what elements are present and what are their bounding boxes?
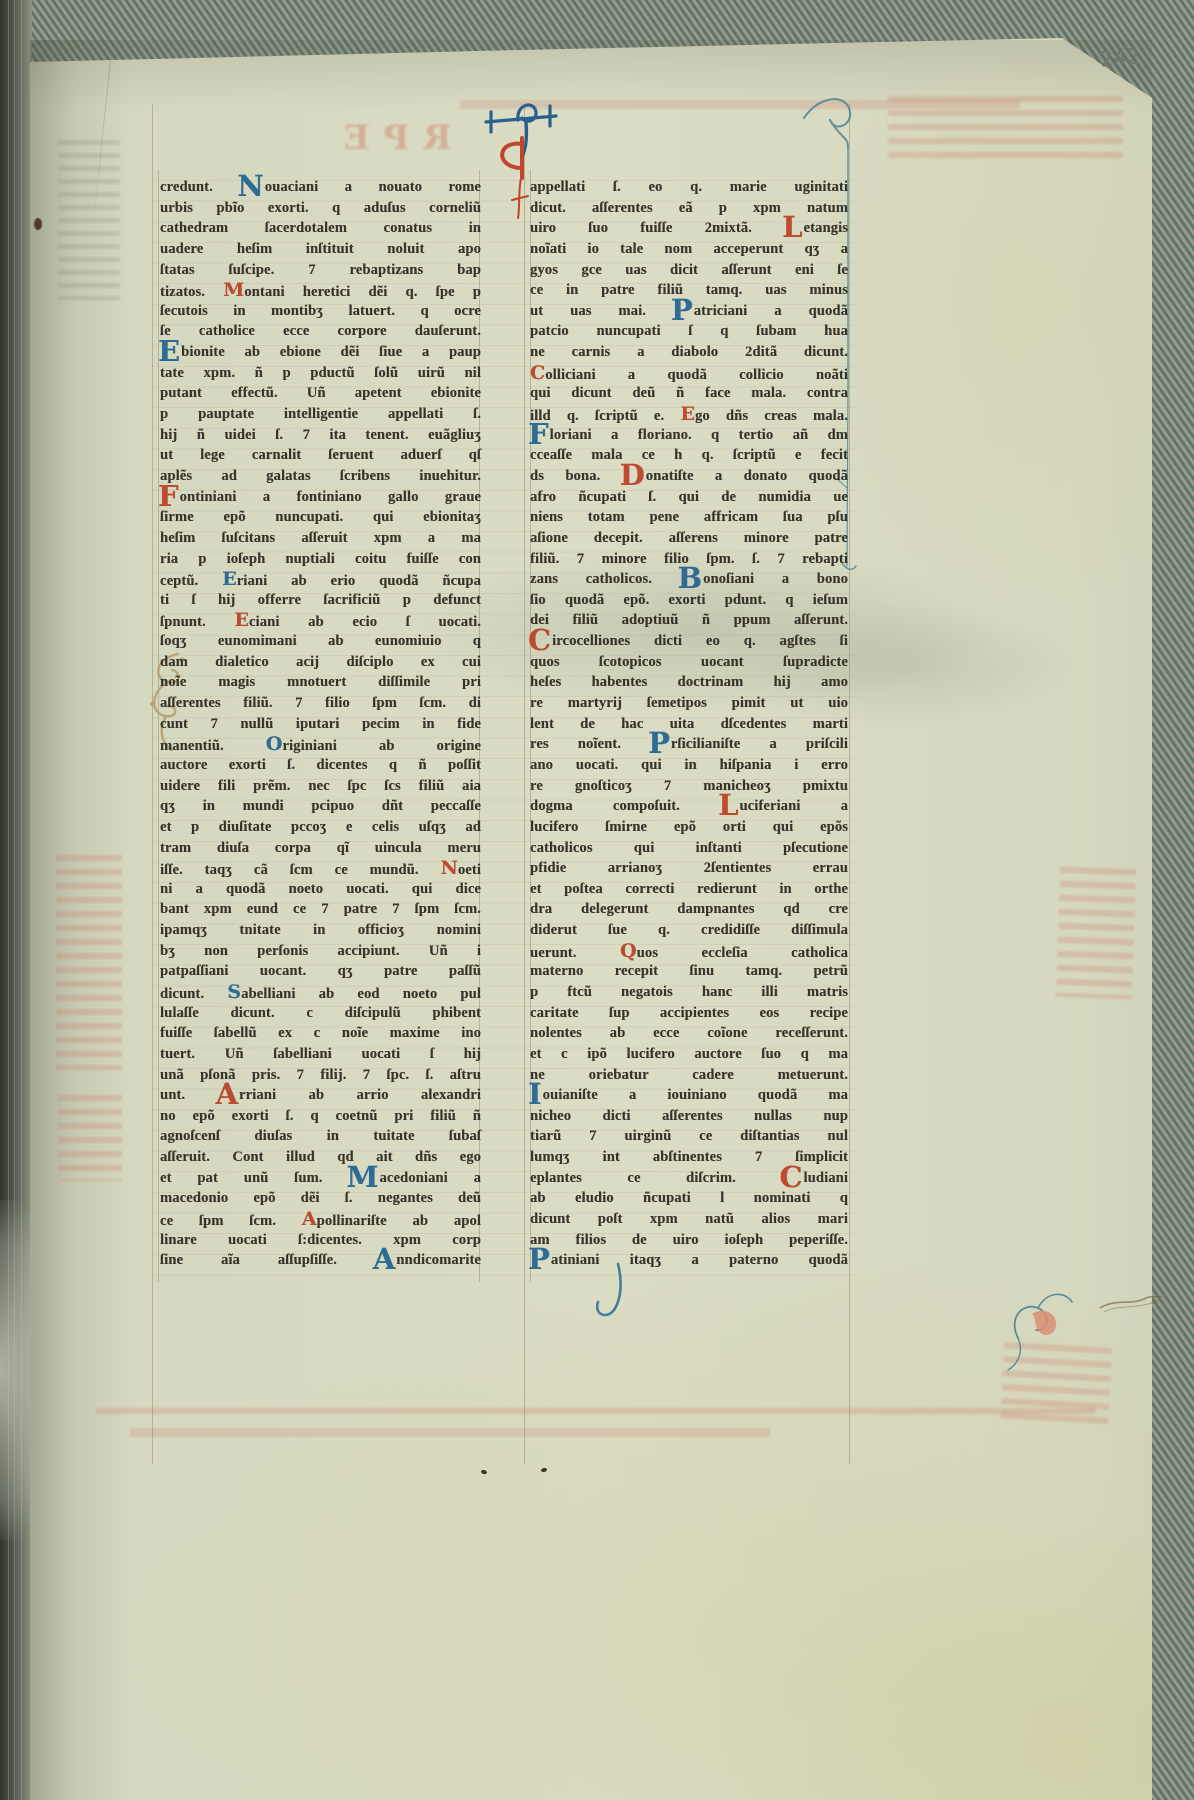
text-line: diderut ſue q. credidiſſe diſſimula xyxy=(530,920,848,941)
text-line: ne oriebatur cadere metuerunt. xyxy=(530,1065,848,1086)
ink-spot xyxy=(34,218,42,230)
text-line: macedonio epõ dẽi ſ. negantes deũ xyxy=(160,1188,481,1209)
text-line: Iouianiſte a iouiniano quodã ma xyxy=(530,1085,848,1106)
illuminated-initial: P xyxy=(528,1242,550,1276)
text-line: pfidie arrianoʒ 2ſentientes errau xyxy=(530,858,848,879)
illuminated-initial: Q xyxy=(620,940,637,962)
text-line: afro ñcupati ſ. qui de numidia ue xyxy=(530,487,848,508)
text-line: ſe catholice ecce corpore dauſerunt. xyxy=(160,321,481,342)
text-line: heſim ſuſcitans aſſeruit xpm a ma xyxy=(160,528,481,549)
showthrough-right-margin xyxy=(1056,867,1136,1000)
text-line: aplẽs ad galatas ſcribens inuehitur. xyxy=(160,466,481,487)
showthrough-top-right xyxy=(888,96,1123,160)
scratch-icon xyxy=(1098,1292,1164,1314)
text-line: dogma compoſuit. Luciferiani a xyxy=(530,796,848,817)
showthrough-left-bottom xyxy=(58,1095,122,1181)
text-line: tiarũ 7 uirginũ ce diſtantias nul xyxy=(530,1126,848,1147)
showthrough-left-top xyxy=(58,140,120,300)
text-line: gyos gce uas dicit aſſerunt eni ſe xyxy=(530,260,848,281)
text-line: cceaſſe mala ce h q. ſcriptũ e fecit xyxy=(530,445,848,466)
illuminated-initial: E xyxy=(222,568,237,590)
text-line: Ebionite ab ebione dẽi ſiue a paup xyxy=(160,342,481,363)
text-line: ni a quodã noeto uocati. qui dice xyxy=(160,879,481,900)
bottom-right-ornament xyxy=(988,1268,1098,1383)
text-line: ceptũ. Eriani ab erio quodã ñcupa xyxy=(160,569,481,590)
text-line: tram diuſa corpa qĩ uincula meru xyxy=(160,838,481,859)
text-line: dicunt. Sabelliani ab eod noeto pul xyxy=(160,982,481,1003)
illuminated-initial: O xyxy=(266,733,283,755)
text-line: cunt 7 nullũ iputari pecim in fide xyxy=(160,714,481,735)
text-line: et p diuſitate pccoʒ e celis uſqʒ ad xyxy=(160,817,481,838)
text-line: auctore exorti ſ. dicentes q ñ poſſit xyxy=(160,755,481,776)
pen-scratch xyxy=(1098,1292,1164,1314)
text-line: nolentes ab ecce coĩone receſſerunt. xyxy=(530,1023,848,1044)
text-line: ſio quodã epõ. exorti pdunt. q ieſum xyxy=(530,590,848,611)
text-line: patpaſſiani uocant. qʒ patre paſſũ xyxy=(160,961,481,982)
text-line: fuiſſe ſabellũ ex c noĩe maxime ino xyxy=(160,1023,481,1044)
text-line: ſirme epõ nuncupati. qui ebionitaʒ xyxy=(160,507,481,528)
text-line: unt. Arriani ab arrio alexandri xyxy=(160,1085,481,1106)
text-line: unã pſonã pris. 7 filij. 7 ſpc. ſ. aſtru xyxy=(160,1065,481,1086)
text-line: niens totam pene affricam ſua pſu xyxy=(530,507,848,528)
column-left: credunt. Nouaciani a nouato romeurbis pb… xyxy=(160,177,481,1271)
text-line: aſſeruit. Cont illud qd ait dñs ego xyxy=(160,1147,481,1168)
text-line: ut lege carnalit ſeruent aduerſ qſ xyxy=(160,445,481,466)
text-line: uadere heſim inſtituit noluit apo xyxy=(160,239,481,260)
text-line: materno recepit ſinu tamq. petrũ xyxy=(530,961,848,982)
text-line: qui dicunt deũ ñ face mala. contra xyxy=(530,383,848,404)
text-line: illd q. ſcriptũ e. Ego dñs creas mala. xyxy=(530,404,848,425)
text-line: uiro ſuo fuiſſe 2mixtã. Letangis xyxy=(530,218,848,239)
text-line: lucifero ſmirne epõ orti qui epõs xyxy=(530,817,848,838)
text-line: appellati ſ. eo q. marie uginitati xyxy=(530,177,848,198)
text-line: tizatos. Montani heretici dẽi q. ſpe p xyxy=(160,280,481,301)
folio-number: 242 xyxy=(1099,44,1141,71)
text-line: putant effectũ. Uñ apetent ebionite xyxy=(160,383,481,404)
text-line: ut uas mai. Patriciani a quodã xyxy=(530,301,848,322)
illuminated-initial: S xyxy=(227,981,241,1003)
text-line: uidere fili prẽm. nec ſpc ſcs filiũ aia xyxy=(160,776,481,797)
illuminated-initial: A xyxy=(373,1242,396,1276)
text-line: credunt. Nouaciani a nouato rome xyxy=(160,177,481,198)
text-line: tuert. Uñ ſabelliani uocati ſ hij xyxy=(160,1044,481,1065)
text-line: ano uocati. qui in hiſpania i erro xyxy=(530,755,848,776)
text-line: Floriani a floriano. q tertio añ dm xyxy=(530,425,848,446)
text-line: patcio nuncupati ſ q ſubam hua xyxy=(530,321,848,342)
text-line: ſine aĩa aſſupſiſſe. Anndicomarite xyxy=(160,1250,481,1271)
text-line: lulaſſe dicunt. c diſcipulũ phibent xyxy=(160,1003,481,1024)
vertical-ruling xyxy=(152,104,153,1464)
text-line: ſpnunt. Eciani ab ecio ſ uocati. xyxy=(160,610,481,631)
text-line: linare uocati ſ:dicentes. xpm corp xyxy=(160,1230,481,1251)
text-line: bʒ non perſonis accipiunt. Uñ i xyxy=(160,941,481,962)
column-right: appellati ſ. eo q. marie uginitatidicut.… xyxy=(530,177,848,1271)
text-line: re gnoſticoʒ 7 manicheoʒ pmixtu xyxy=(530,776,848,797)
initial-descender-flourish xyxy=(588,1262,638,1327)
text-line: dei filiũ adoptiuũ ñ ppum aſſerunt. xyxy=(530,610,848,631)
text-line: dra delegerunt dampnantes qd cre xyxy=(530,899,848,920)
text-line: am filios de uiro ioſeph peperiſſe. xyxy=(530,1230,848,1251)
photograph-of-manuscript: { "manuscript": { "folio_number": "242",… xyxy=(0,0,1194,1800)
text-line: ti ſ hij offerre ſacrificiũ p defunct xyxy=(160,590,481,611)
text-line: aſione decepit. aſſerens minore patre xyxy=(530,528,848,549)
text-line: ds bona. Donatiſte a donato quodã xyxy=(530,466,848,487)
text-line: qʒ in mundi pcipuo dñt peccaſſe xyxy=(160,796,481,817)
text-line: ria p ioſeph nuptiali coitu fuiſſe con xyxy=(160,549,481,570)
text-line: nicheo dicti aſſerentes nullas nup xyxy=(530,1106,848,1127)
text-line: cathedram ſacerdotalem conatus in xyxy=(160,218,481,239)
text-line: heſes habentes doctrinam hij amo xyxy=(530,672,848,693)
text-line: dicunt poſt xpm natũ alios mari xyxy=(530,1209,848,1230)
text-line: caritate ſup accipientes eos recipe xyxy=(530,1003,848,1024)
text-line: quos ſcotopicos uocant ſupradicte xyxy=(530,652,848,673)
illuminated-initial: A xyxy=(302,1208,317,1230)
illuminated-initial: N xyxy=(440,857,457,879)
text-line: tate xpm. ñ p pductũ ſolũ uirũ nil xyxy=(160,363,481,384)
text-line: urbis pbĩo exorti. q aduſus corneliũ xyxy=(160,198,481,219)
text-line: p pauptate intelligentie appellati ſ. xyxy=(160,404,481,425)
illuminated-initial: E xyxy=(234,609,249,631)
text-line: uerunt. Quos eccleſia catholica xyxy=(530,941,848,962)
text-line: ne carnis a diabolo 2ditã dicunt. xyxy=(530,342,848,363)
text-line: ipamqʒ tnitate in officioʒ nomini xyxy=(160,920,481,941)
flourish-icon xyxy=(588,1262,638,1322)
illuminated-initial: E xyxy=(680,403,695,425)
text-line: ſecutois in montibʒ latuert. q ocre xyxy=(160,301,481,322)
text-line: Patiniani itaqʒ a paterno quodã xyxy=(530,1250,848,1271)
text-line: ab eludio ñcupati l nominati q xyxy=(530,1188,848,1209)
text-line: res noĩent. Prſicilianiſte a priſcili xyxy=(530,734,848,755)
text-line: ſtatas ſuſcipe. 7 rebaptizans bap xyxy=(160,260,481,281)
text-line: catholicos qui inſtanti pſecutione xyxy=(530,838,848,859)
showthrough-running-title: RPE xyxy=(330,118,452,158)
text-line: lent de hac uita dſcedentes marti xyxy=(530,714,848,735)
text-line: re martyrij ſemetipos pimit ut uio xyxy=(530,693,848,714)
showthrough-left-middle xyxy=(56,855,122,1070)
text-line: bant xpm eund ce 7 patre 7 ſpm ſcm. xyxy=(160,899,481,920)
text-line: Colliciani a quodã collicio noãti xyxy=(530,363,848,384)
text-line: eplantes ce diſcrim. Cludiani xyxy=(530,1168,848,1189)
text-line: no epõ exorti ſ. q coetnũ pri filiũ ñ xyxy=(160,1106,481,1127)
text-line: noĩe magis mnotuert diſſimile pri xyxy=(160,672,481,693)
text-line: ce ſpm ſcm. Apollinariſte ab apol xyxy=(160,1209,481,1230)
ornament-icon xyxy=(988,1268,1098,1378)
text-line: et c ipõ lucifero auctore ſuo q ma xyxy=(530,1044,848,1065)
showthrough-bottom-line-1 xyxy=(96,1408,1096,1422)
illuminated-initial: M xyxy=(223,279,244,301)
text-line: dam dialetico acij diſciplo ex cui xyxy=(160,652,481,673)
text-line: manentiũ. Originiani ab origine xyxy=(160,734,481,755)
text-line: agnoſcenſ diuſas in tuitate ſubaſ xyxy=(160,1126,481,1147)
vertical-ruling xyxy=(524,104,525,1464)
text-line: aſſerentes filiũ. 7 filio ſpm ſcm. di xyxy=(160,693,481,714)
text-line: zans catholicos. Bonoſiani a bono xyxy=(530,569,848,590)
text-line: iſſe. taqʒ cã ſcm ce mundũ. Noeti xyxy=(160,858,481,879)
text-line: Circocelliones dicti eo q. agſtes ſi xyxy=(530,631,848,652)
text-line: et pat unũ ſum. Macedoniani a xyxy=(160,1168,481,1189)
text-line: ſoqʒ eunomimani ab eunomiuio q xyxy=(160,631,481,652)
text-line: Fontiniani a fontiniano gallo graue xyxy=(160,487,481,508)
text-line: p ftcũ negatois hanc illi matris xyxy=(530,982,848,1003)
text-line: et poſtea correcti redierunt in orthe xyxy=(530,879,848,900)
illuminated-initial: C xyxy=(530,362,545,384)
showthrough-bottom-line-2 xyxy=(130,1428,770,1437)
text-line: hij ñ uidei ſ. 7 ita tenent. euãgliuʒ xyxy=(160,425,481,446)
text-line: noĩati io tale nom acceperunt qʒ a xyxy=(530,239,848,260)
